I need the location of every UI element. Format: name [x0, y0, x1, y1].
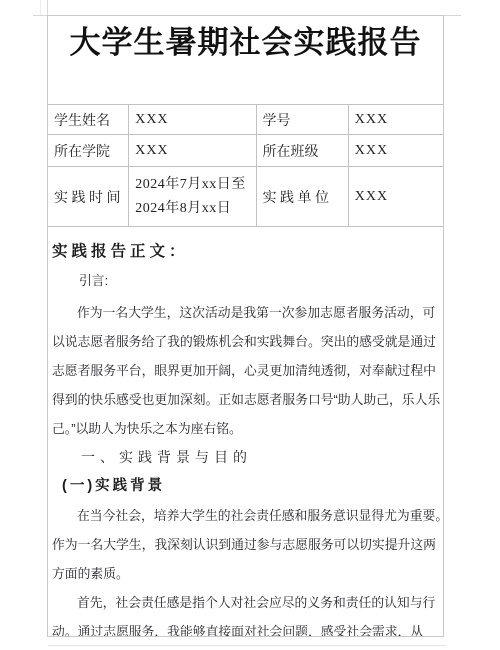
page-top-border-extension-left: [33, 15, 47, 16]
paragraph-responsibility: 首先，社会责任感是指个人对社会应尽的义务和责任的认知与行 动。通过志愿服务，我能…: [52, 588, 444, 637]
paragraph-background: 在当今社会，培养大学生的社会责任感和服务意识显得尤为重要。 作为一名大学生，我深…: [52, 501, 444, 588]
paragraph-introduction: 作为一名大学生，这次活动是我第一次参加志愿者服务活动，可 以说志愿者服务给了我的…: [52, 298, 444, 443]
table-row-practice: 实践时间 2024年7月xx日至 2024年8月xx日 实践单位 XXX: [48, 167, 445, 227]
college-label: 所在学院: [48, 135, 129, 167]
student-info-table: 学生姓名 XXX 学号 XXX 所在学院 XXX 所在班级 XXX 实践时间 2…: [47, 104, 444, 227]
body-heading: 实践报告正文：: [52, 237, 444, 266]
class-label: 所在班级: [256, 135, 348, 167]
page-bottom-shadow-line: [48, 645, 446, 646]
practice-time-value: 2024年7月xx日至 2024年8月xx日: [129, 167, 256, 227]
report-sheet: 大学生暑期社会实践报告 学生姓名 XXX 学号 XXX 所在学院 XXX 所在班…: [47, 15, 444, 637]
table-row-student-name: 学生姓名 XXX 学号 XXX: [48, 105, 445, 135]
student-name-label: 学生姓名: [48, 105, 129, 135]
table-row-college: 所在学院 XXX 所在班级 XXX: [48, 135, 445, 167]
report-title: 大学生暑期社会实践报告: [48, 20, 443, 66]
practice-time-label: 实践时间: [48, 167, 129, 227]
page-corner-tick: [40, 0, 41, 15]
student-id-value: XXX: [348, 105, 444, 135]
report-body: 实践报告正文： 引言: 作为一名大学生，这次活动是我第一次参加志愿者服务活动，可…: [52, 237, 444, 637]
student-id-label: 学号: [256, 105, 348, 135]
student-name-value: XXX: [129, 105, 256, 135]
practice-unit-value: XXX: [348, 167, 444, 227]
practice-unit-label: 实践单位: [256, 167, 348, 227]
document-page: { "colors": { "page_background": "#fffff…: [0, 0, 500, 650]
section-1-heading: 一、实践背景与目的: [52, 443, 444, 472]
class-value: XXX: [348, 135, 444, 167]
page-top-border-extension-right: [444, 15, 461, 16]
college-value: XXX: [129, 135, 256, 167]
subsection-1-heading: (一)实践背景: [52, 472, 444, 501]
intro-label: 引言:: [52, 266, 444, 295]
page-left-border-extension-top: [47, 0, 48, 15]
